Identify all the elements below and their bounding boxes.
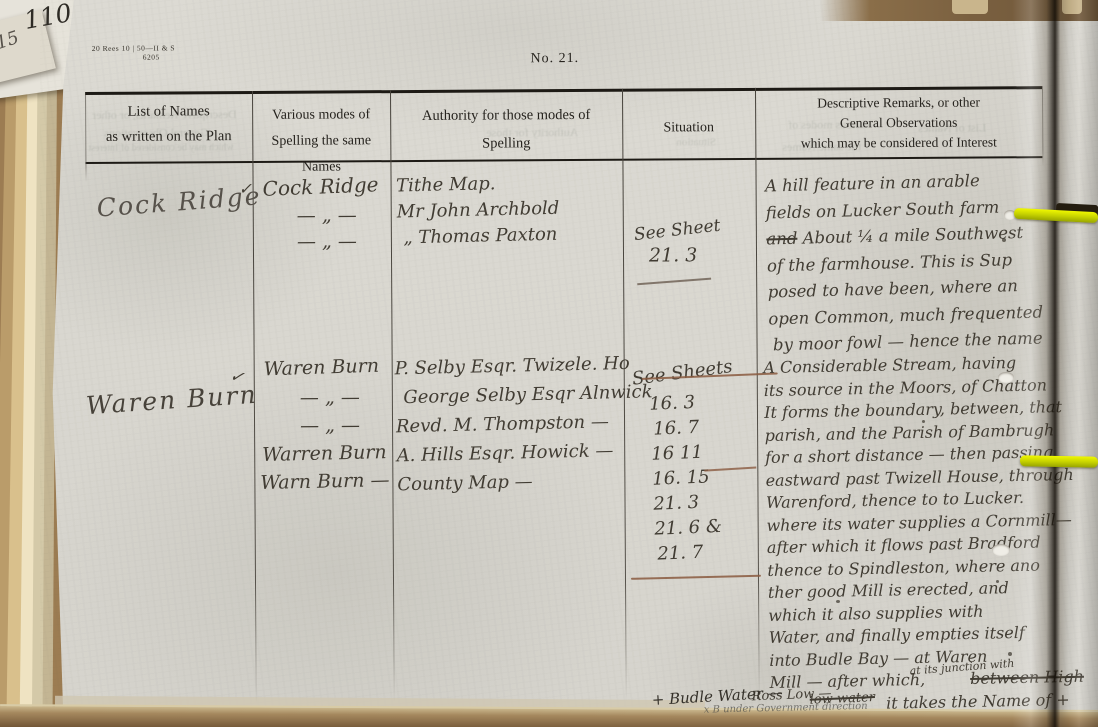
spelling-line: Cock Ridge [262, 172, 379, 201]
speck [836, 600, 840, 603]
situation-sheet: 16. 7 [650, 416, 719, 444]
situation-sheet: 21. 3 [653, 491, 722, 519]
check-mark-icon: ✓ [239, 179, 253, 198]
col-rule-2 [390, 90, 395, 702]
authority-line: County Map — [397, 468, 655, 503]
spelling-ditto: — „ — [297, 204, 357, 226]
speck [996, 580, 999, 583]
sheet-number: No. 21. [500, 51, 610, 68]
spelling-ditto: — „ — [300, 386, 360, 408]
print-code-2: 6205 [143, 53, 160, 62]
paper-chip [998, 372, 1014, 383]
table-header-rule [85, 156, 1042, 164]
header-line: Spelling [390, 129, 622, 158]
remarks-block: A hill feature in an arable fields on Lu… [765, 170, 1044, 362]
entry-name: Cock Ridge [96, 181, 263, 222]
situation-sheet: 21. 6 & [654, 516, 723, 544]
spelling-line: Waren Burn [263, 355, 379, 381]
column-header-names: List of Names as written on the Plan [85, 99, 252, 150]
authority-line: Tithe Map. [396, 172, 559, 202]
header-line: Authority for those modes of [390, 101, 622, 130]
paper-chip [992, 544, 1010, 556]
situation-bottomline [631, 575, 761, 580]
speck [1002, 238, 1006, 242]
authority-list: P. Selby Esqr. Twizele. Ho George Selby … [394, 352, 655, 503]
struck-word: and [766, 229, 798, 249]
header-line: Various modes of [252, 102, 390, 129]
column-header-spellings: Various modes of Spelling the same Names [252, 102, 390, 181]
col-rule-4 [755, 88, 760, 700]
authority-line: „ Thomas Paxton [397, 224, 560, 254]
spelling-line: Warren Burn [262, 441, 387, 466]
speck [1008, 652, 1012, 656]
situation-sheet: 21. 3 [649, 244, 697, 266]
header-line: Situation [622, 115, 755, 141]
authority-line: Mr John Archbold [396, 198, 559, 228]
print-code: 20 Rees 10 | 50—II & S [92, 43, 175, 53]
column-header-authority: Authority for those modes of Spelling [390, 101, 622, 158]
header-line: which may be considered of Interest [755, 132, 1042, 154]
header-line: as written on the Plan [85, 124, 252, 150]
situation-sheet: 16 11 [651, 441, 720, 469]
header-line: Descriptive Remarks, or other [755, 92, 1042, 114]
header-line: General Observations [755, 112, 1042, 134]
speck [922, 420, 925, 423]
header-line: List of Names [85, 99, 252, 125]
situation-underline [637, 278, 711, 285]
spelling-ditto: — „ — [297, 230, 357, 252]
scanned-name-book-page: 110 15 20 Rees 10 | 50—II & S 6205 No. 2… [0, 0, 1098, 727]
situation-sheet-list: 16. 3 16. 7 16 11 16. 15 21. 3 21. 6 & 2… [649, 391, 724, 569]
binding-string-bottom [1020, 455, 1098, 467]
column-header-situation: Situation [622, 115, 755, 141]
authority-list: Tithe Map. Mr John Archbold „ Thomas Pax… [396, 172, 560, 254]
situation-sheet: 16. 3 [649, 391, 718, 419]
situation-sheet: 21. 7 [655, 541, 724, 569]
spelling-line: Warn Burn — [260, 469, 390, 494]
speck [848, 638, 851, 641]
page-content: 20 Rees 10 | 50—II & S 6205 No. 21. Desc… [0, 0, 1098, 727]
column-header-remarks: Descriptive Remarks, or other General Ob… [755, 92, 1042, 154]
spelling-ditto: — „ — [300, 414, 360, 436]
situation-header: See Sheet [633, 216, 721, 245]
